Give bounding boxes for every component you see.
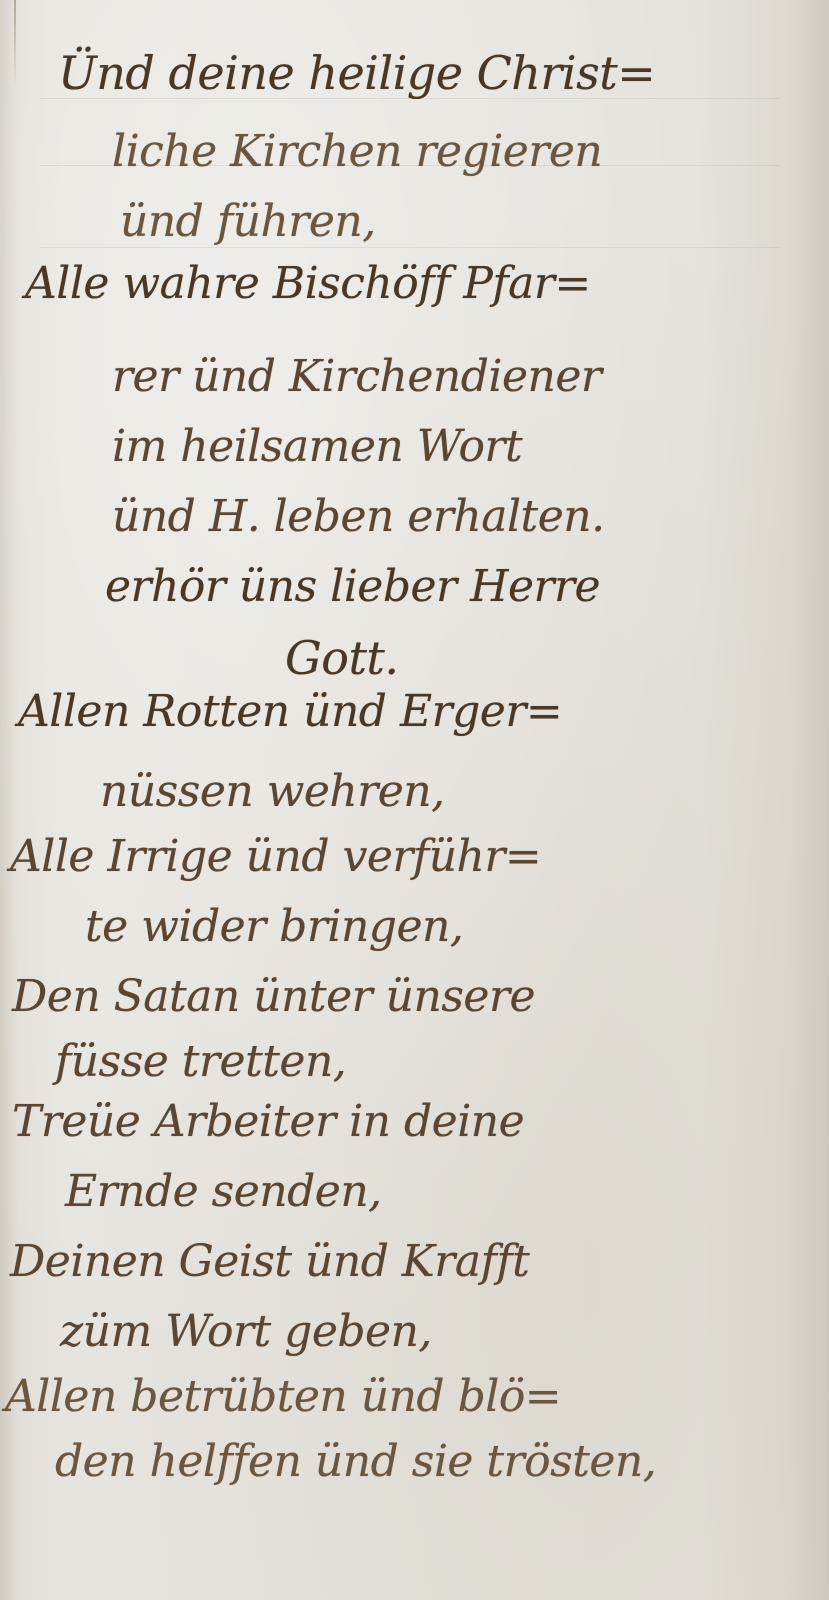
manuscript-line-7: ünd H. leben erhalten. bbox=[112, 495, 605, 539]
manuscript-page: Ünd deine heilige Christ= liche Kirchen … bbox=[0, 0, 829, 1600]
manuscript-line-16: Treüe Arbeiter in deine bbox=[12, 1100, 524, 1144]
manuscript-line-4: Alle wahre Bischöff Pfar= bbox=[25, 262, 591, 306]
manuscript-line-20: Allen betrübten ünd blö= bbox=[5, 1375, 561, 1419]
manuscript-line-21: den helffen ünd sie trösten, bbox=[55, 1440, 656, 1484]
manuscript-line-9: Gott. bbox=[285, 635, 399, 681]
manuscript-line-8: erhör üns lieber Herre bbox=[105, 565, 600, 609]
manuscript-line-13: te wider bringen, bbox=[85, 905, 463, 949]
manuscript-line-12: Alle Irrige ünd verführ= bbox=[10, 835, 541, 879]
manuscript-line-15: füsse tretten, bbox=[55, 1040, 346, 1084]
manuscript-line-19: züm Wort geben, bbox=[60, 1310, 432, 1354]
manuscript-line-18: Deinen Geist ünd Krafft bbox=[10, 1240, 529, 1284]
manuscript-line-17: Ernde senden, bbox=[65, 1170, 382, 1214]
manuscript-line-5: rer ünd Kirchendiener bbox=[112, 355, 601, 399]
manuscript-line-6: im heilsamen Wort bbox=[112, 425, 522, 469]
faint-ruling bbox=[40, 247, 780, 248]
manuscript-line-1: Ünd deine heilige Christ= bbox=[58, 50, 655, 96]
manuscript-line-11: nüssen wehren, bbox=[100, 770, 445, 814]
binding-edge bbox=[14, 0, 16, 90]
manuscript-line-10: Allen Rotten ünd Erger= bbox=[18, 690, 562, 734]
manuscript-line-2: liche Kirchen regieren bbox=[112, 130, 602, 174]
manuscript-line-14: Den Satan ünter ünsere bbox=[12, 975, 535, 1019]
manuscript-line-3: ünd führen, bbox=[120, 200, 376, 244]
